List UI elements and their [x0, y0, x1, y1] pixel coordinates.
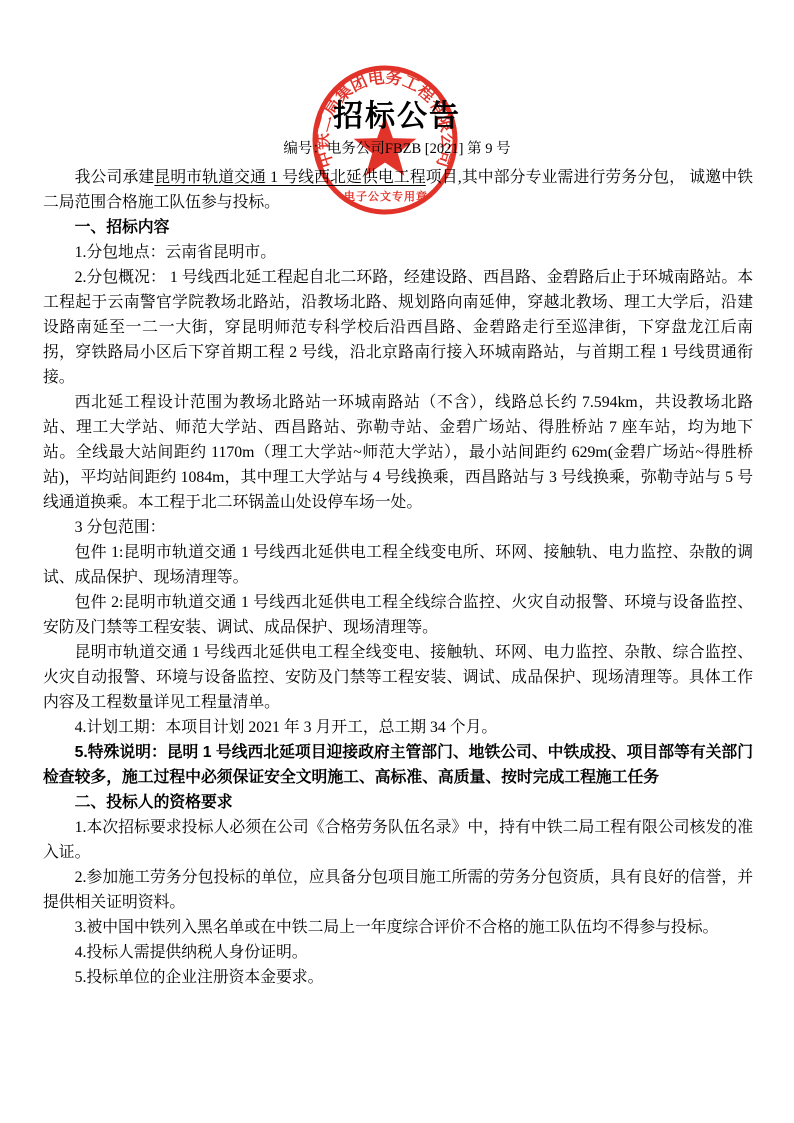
para-subcontract-overview: 2.分包概况： 1 号线西北延工程起自北二环路，经建设路、西昌路、金碧路后止于环… [43, 265, 753, 390]
para-qualification-1: 1.本次招标要求投标人必须在公司《合格劳务队伍名录》中，持有中铁二局工程有限公司… [43, 815, 753, 865]
para-qualification-3: 3.被中国中铁列入黑名单或在中铁二局上一年度综合评价不合格的施工队伍均不得参与投… [43, 915, 753, 940]
document-number: 编号：电务公司FBZB [2021] 第 9 号 [0, 139, 794, 159]
para-qualification-5: 5.投标单位的企业注册资本金要求。 [43, 965, 753, 990]
para-special-note: 5.特殊说明：昆明 1 号线西北延项目迎接政府主管部门、地铁公司、中铁成投、项目… [43, 740, 753, 790]
para-qualification-4: 4.投标人需提供纳税人身份证明。 [43, 940, 753, 965]
para-work-content: 昆明市轨道交通 1 号线西北延供电工程全线变电、接触轨、环网、电力监控、杂散、综… [43, 640, 753, 715]
section-2-heading: 二、投标人的资格要求 [43, 790, 753, 815]
page-title: 招标公告 [0, 0, 794, 134]
para-package-1: 包件 1:昆明市轨道交通 1 号线西北延供电工程全线变电所、环网、接触轨、电力监… [43, 540, 753, 590]
intro-paragraph: 我公司承建昆明市轨道交通 1 号线西北延供电工程项目,其中部分专业需进行劳务分包… [43, 165, 753, 215]
para-scope-heading: 3 分包范围： [43, 515, 753, 540]
intro-project-name: 昆明市轨道交通 1 号线西北延供电工程 [154, 169, 425, 186]
para-qualification-2: 2.参加施工劳务分包投标的单位，应具备分包项目施工所需的劳务分包资质，具有良好的… [43, 865, 753, 915]
section-1-heading: 一、招标内容 [43, 215, 753, 240]
para-package-2: 包件 2:昆明市轨道交通 1 号线西北延供电工程全线综合监控、火灾自动报警、环境… [43, 590, 753, 640]
para-schedule: 4.计划工期：本项目计划 2021 年 3 月开工，总工期 34 个月。 [43, 715, 753, 740]
document-body: 我公司承建昆明市轨道交通 1 号线西北延供电工程项目,其中部分专业需进行劳务分包… [43, 165, 753, 990]
intro-prefix: 我公司承建 [75, 169, 155, 186]
document-page: 招标公告 编号：电务公司FBZB [2021] 第 9 号 我公司承建昆明市轨道… [0, 0, 794, 1123]
para-design-scope: 西北延工程设计范围为教场北路站一环城南路站（不含），线路总长约 7.594km，… [43, 390, 753, 515]
para-subcontract-location: 1.分包地点：云南省昆明市。 [43, 240, 753, 265]
